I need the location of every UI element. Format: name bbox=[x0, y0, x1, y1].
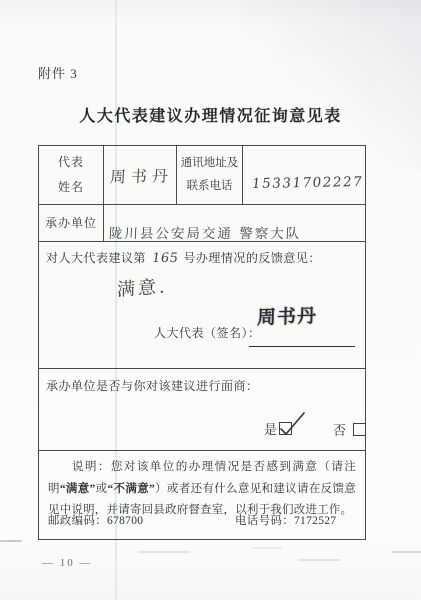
handling-unit-label-cell: 承办单位 bbox=[39, 205, 104, 241]
feedback-prompt: 对人大代表建议第 165 号办理情况的反馈意见： bbox=[46, 249, 321, 266]
yes-label: 是 bbox=[264, 419, 277, 438]
phone-label: 电话号码： bbox=[235, 515, 294, 527]
note-bold-satisfied: “满意” bbox=[60, 483, 96, 495]
phone-value: 7172527 bbox=[294, 515, 336, 527]
label-line: 姓名 bbox=[58, 175, 84, 200]
page-number: — 10 — bbox=[42, 557, 93, 569]
feedback-prefix: 对人大代表建议第 bbox=[46, 251, 146, 265]
scan-smudge bbox=[252, 547, 282, 549]
discussion-checkboxes: 是 否 bbox=[39, 415, 365, 445]
table-row-feedback: 对人大代表建议第 165 号办理情况的反馈意见： 满意. 人大代表（签名）： 周… bbox=[39, 242, 365, 369]
postal-code-label: 邮政编码： bbox=[48, 515, 107, 527]
no-label: 否 bbox=[333, 420, 346, 439]
yes-checkbox[interactable] bbox=[279, 422, 292, 435]
scan-smudge bbox=[392, 551, 421, 553]
table-row-note: 说明：您对该单位的办理情况是否感到满意（请注明“满意”或“不满意”）或者还有什么… bbox=[39, 451, 365, 539]
discussion-question: 承办单位是否与你对该建议进行面商： bbox=[46, 377, 259, 394]
handwritten-opinion: 满意. bbox=[117, 272, 168, 302]
note-text: 或 bbox=[96, 483, 108, 495]
label-line: 联系电话 bbox=[187, 175, 233, 198]
postal-code-value: 678700 bbox=[107, 515, 143, 527]
table-row-representative: 代表 姓名 周书丹 通讯地址及 联系电话 15331702227 bbox=[39, 146, 365, 205]
handwritten-suggestion-number: 165 bbox=[148, 251, 180, 266]
feedback-suffix: 号办理情况的反馈意见： bbox=[183, 251, 321, 265]
no-check-item: 否 bbox=[333, 420, 366, 439]
handwritten-unit: 陇川县公安局交通 警察大队 bbox=[108, 222, 301, 242]
yes-check-item: 是 bbox=[264, 419, 292, 438]
label-line: 代表 bbox=[58, 150, 84, 175]
handwritten-signature: 周书丹 bbox=[257, 301, 317, 330]
postal-phone-line: 邮政编码：678700 电话号码：7172527 bbox=[48, 511, 358, 533]
table-row-handling-unit: 承办单位 陇川县公安局交通 警察大队 bbox=[39, 205, 365, 242]
signature-label: 人大代表（签名）： bbox=[154, 324, 261, 341]
scan-smudge bbox=[0, 540, 22, 542]
note-bold-unsatisfied: “不满意” bbox=[107, 483, 155, 495]
signature-underline bbox=[249, 346, 355, 347]
opinion-form-table: 代表 姓名 周书丹 通讯地址及 联系电话 15331702227 承办单位 陇川… bbox=[38, 145, 366, 540]
representative-name-value-cell: 周书丹 bbox=[104, 146, 177, 204]
representative-name-label-cell: 代表 姓名 bbox=[39, 146, 104, 204]
scanned-document-page: 附件 3 人大代表建议办理情况征询意见表 代表 姓名 周书丹 通讯地址及 联系电… bbox=[0, 0, 421, 600]
page-title: 人大代表建议办理情况征询意见表 bbox=[0, 103, 421, 126]
scan-smudge bbox=[138, 551, 190, 553]
handling-unit-label: 承办单位 bbox=[45, 211, 97, 236]
handwritten-phone: 15331702227 bbox=[251, 174, 364, 192]
handwritten-checkmark-icon bbox=[278, 411, 308, 437]
scan-smudge bbox=[298, 559, 340, 561]
contact-label-cell: 通讯地址及 联系电话 bbox=[177, 146, 243, 204]
handling-unit-value-cell: 陇川县公安局交通 警察大队 bbox=[104, 205, 365, 241]
attachment-label: 附件 3 bbox=[38, 63, 78, 82]
no-checkbox[interactable] bbox=[353, 423, 366, 436]
table-row-discussion: 承办单位是否与你对该建议进行面商： 是 否 bbox=[39, 369, 365, 451]
label-line: 通讯地址及 bbox=[181, 152, 239, 175]
contact-value-cell: 15331702227 bbox=[243, 146, 365, 204]
handwritten-name: 周书丹 bbox=[106, 163, 174, 187]
